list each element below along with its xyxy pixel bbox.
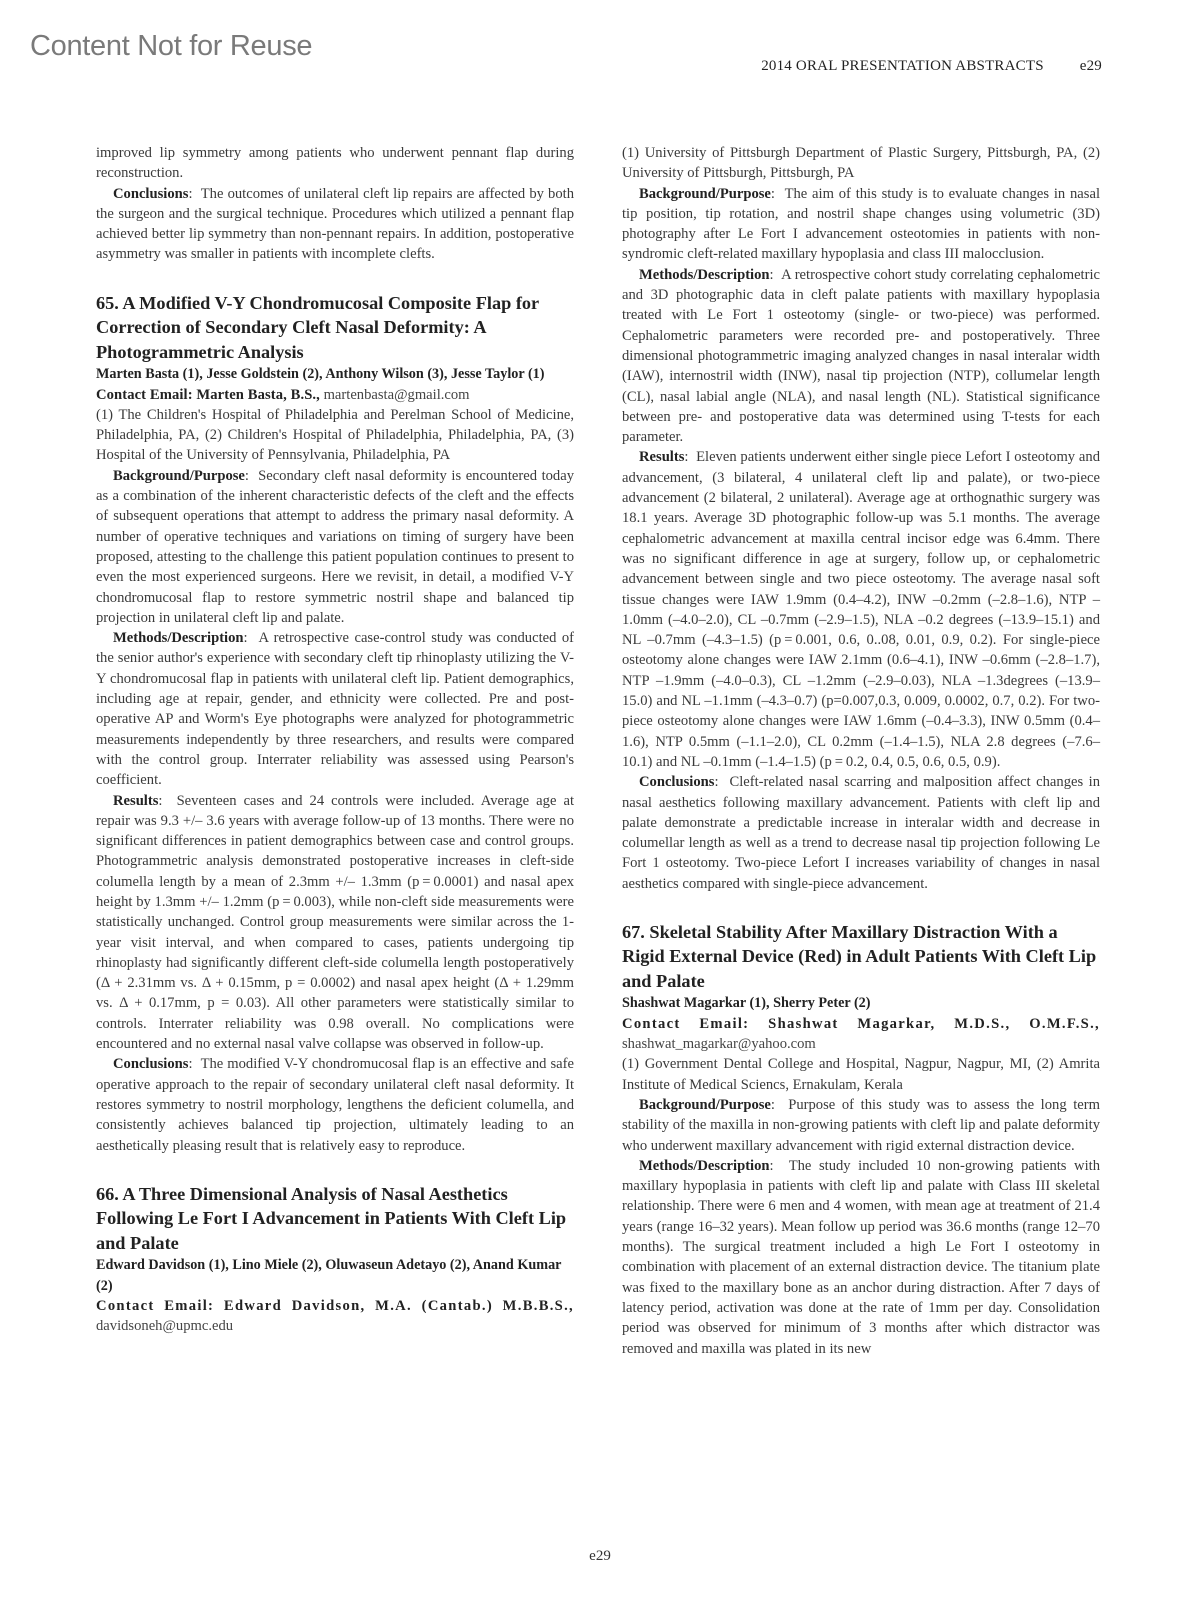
contact-email-link[interactable]: davidsoneh@upmc.edu	[96, 1318, 233, 1334]
results-paragraph: Results: Eleven patients underwent eithe…	[622, 447, 1100, 772]
running-head: 2014 ORAL PRESENTATION ABSTRACTS e29	[761, 58, 1102, 75]
background-paragraph: Background/Purpose: The aim of this stud…	[622, 184, 1100, 265]
abstract-66-header: 66. A Three Dimensional Analysis of Nasa…	[96, 1182, 574, 1337]
conclusions-label: Conclusions	[639, 774, 714, 790]
contact-label: Contact Email: Marten Basta, B.S.,	[96, 387, 320, 403]
right-column: (1) University of Pittsburgh Department …	[622, 143, 1100, 1359]
header-page-number: e29	[1080, 58, 1102, 74]
affiliations: (1) Government Dental College and Hospit…	[622, 1054, 1100, 1095]
methods-text: A retrospective cohort study correlating…	[622, 267, 1100, 445]
methods-label: Methods/Description	[113, 630, 244, 646]
conclusions-paragraph: Conclusions: Cleft-related nasal scarrin…	[622, 772, 1100, 894]
contact-line: Contact Email: Shashwat Magarkar, M.D.S.…	[622, 1014, 1100, 1055]
abstract-66-body: (1) University of Pittsburgh Department …	[622, 143, 1100, 894]
abstract-65: 65. A Modified V-Y Chondromucosal Compos…	[96, 291, 574, 1156]
background-paragraph: Background/Purpose: Purpose of this stud…	[622, 1095, 1100, 1156]
contact-email-link[interactable]: shashwat_magarkar@yahoo.com	[622, 1036, 816, 1052]
results-text: Eleven patients underwent either single …	[622, 449, 1100, 769]
results-label: Results	[113, 793, 158, 809]
abstract-title: 65. A Modified V-Y Chondromucosal Compos…	[96, 291, 574, 365]
methods-label: Methods/Description	[639, 267, 770, 283]
abstract-title: 66. A Three Dimensional Analysis of Nasa…	[96, 1182, 574, 1256]
affiliations: (1) University of Pittsburgh Department …	[622, 143, 1100, 184]
conclusions-paragraph: Conclusions: The outcomes of unilateral …	[96, 184, 574, 265]
watermark: Content Not for Reuse	[30, 30, 312, 63]
author-list: Edward Davidson (1), Lino Miele (2), Olu…	[96, 1255, 574, 1296]
methods-label: Methods/Description	[639, 1158, 770, 1174]
abstract-64-continuation: improved lip symmetry among patients who…	[96, 143, 574, 265]
background-label: Background/Purpose	[639, 186, 771, 202]
methods-paragraph: Methods/Description: A retrospective cas…	[96, 628, 574, 790]
results-text: Seventeen cases and 24 controls were inc…	[96, 793, 574, 1053]
journal-section-title: 2014 ORAL PRESENTATION ABSTRACTS	[761, 58, 1044, 74]
background-text: Secondary cleft nasal deformity is encou…	[96, 468, 574, 626]
abstract-title: 67. Skeletal Stability After Maxillary D…	[622, 920, 1100, 994]
methods-text: A retrospective case-control study was c…	[96, 630, 574, 788]
abstract-67: 67. Skeletal Stability After Maxillary D…	[622, 920, 1100, 1359]
footer-page-number: e29	[0, 1548, 1200, 1565]
results-paragraph: Results: Seventeen cases and 24 controls…	[96, 791, 574, 1055]
background-label: Background/Purpose	[639, 1097, 771, 1113]
results-label: Results	[639, 449, 684, 465]
left-column: improved lip symmetry among patients who…	[96, 143, 574, 1337]
conclusions-label: Conclusions	[113, 1056, 188, 1072]
background-paragraph: Background/Purpose: Secondary cleft nasa…	[96, 466, 574, 628]
methods-text: The study included 10 non-growing patien…	[622, 1158, 1100, 1357]
methods-paragraph: Methods/Description: A retrospective coh…	[622, 265, 1100, 448]
conclusions-label: Conclusions	[113, 186, 188, 202]
author-list: Marten Basta (1), Jesse Goldstein (2), A…	[96, 364, 574, 384]
contact-label: Contact Email: Edward Davidson, M.A. (Ca…	[96, 1298, 574, 1314]
conclusions-text: Cleft-related nasal scarring and malposi…	[622, 774, 1100, 891]
contact-email-link[interactable]: martenbasta@gmail.com	[324, 387, 470, 403]
conclusions-paragraph: Conclusions: The modified V-Y chondromuc…	[96, 1054, 574, 1155]
carryover-text: improved lip symmetry among patients who…	[96, 143, 574, 184]
author-list: Shashwat Magarkar (1), Sherry Peter (2)	[622, 993, 1100, 1013]
contact-label: Contact Email: Shashwat Magarkar, M.D.S.…	[622, 1016, 1100, 1032]
affiliations: (1) The Children's Hospital of Philadelp…	[96, 405, 574, 466]
contact-line: Contact Email: Edward Davidson, M.A. (Ca…	[96, 1296, 574, 1337]
contact-line: Contact Email: Marten Basta, B.S., marte…	[96, 385, 574, 405]
background-label: Background/Purpose	[113, 468, 245, 484]
methods-paragraph: Methods/Description: The study included …	[622, 1156, 1100, 1359]
